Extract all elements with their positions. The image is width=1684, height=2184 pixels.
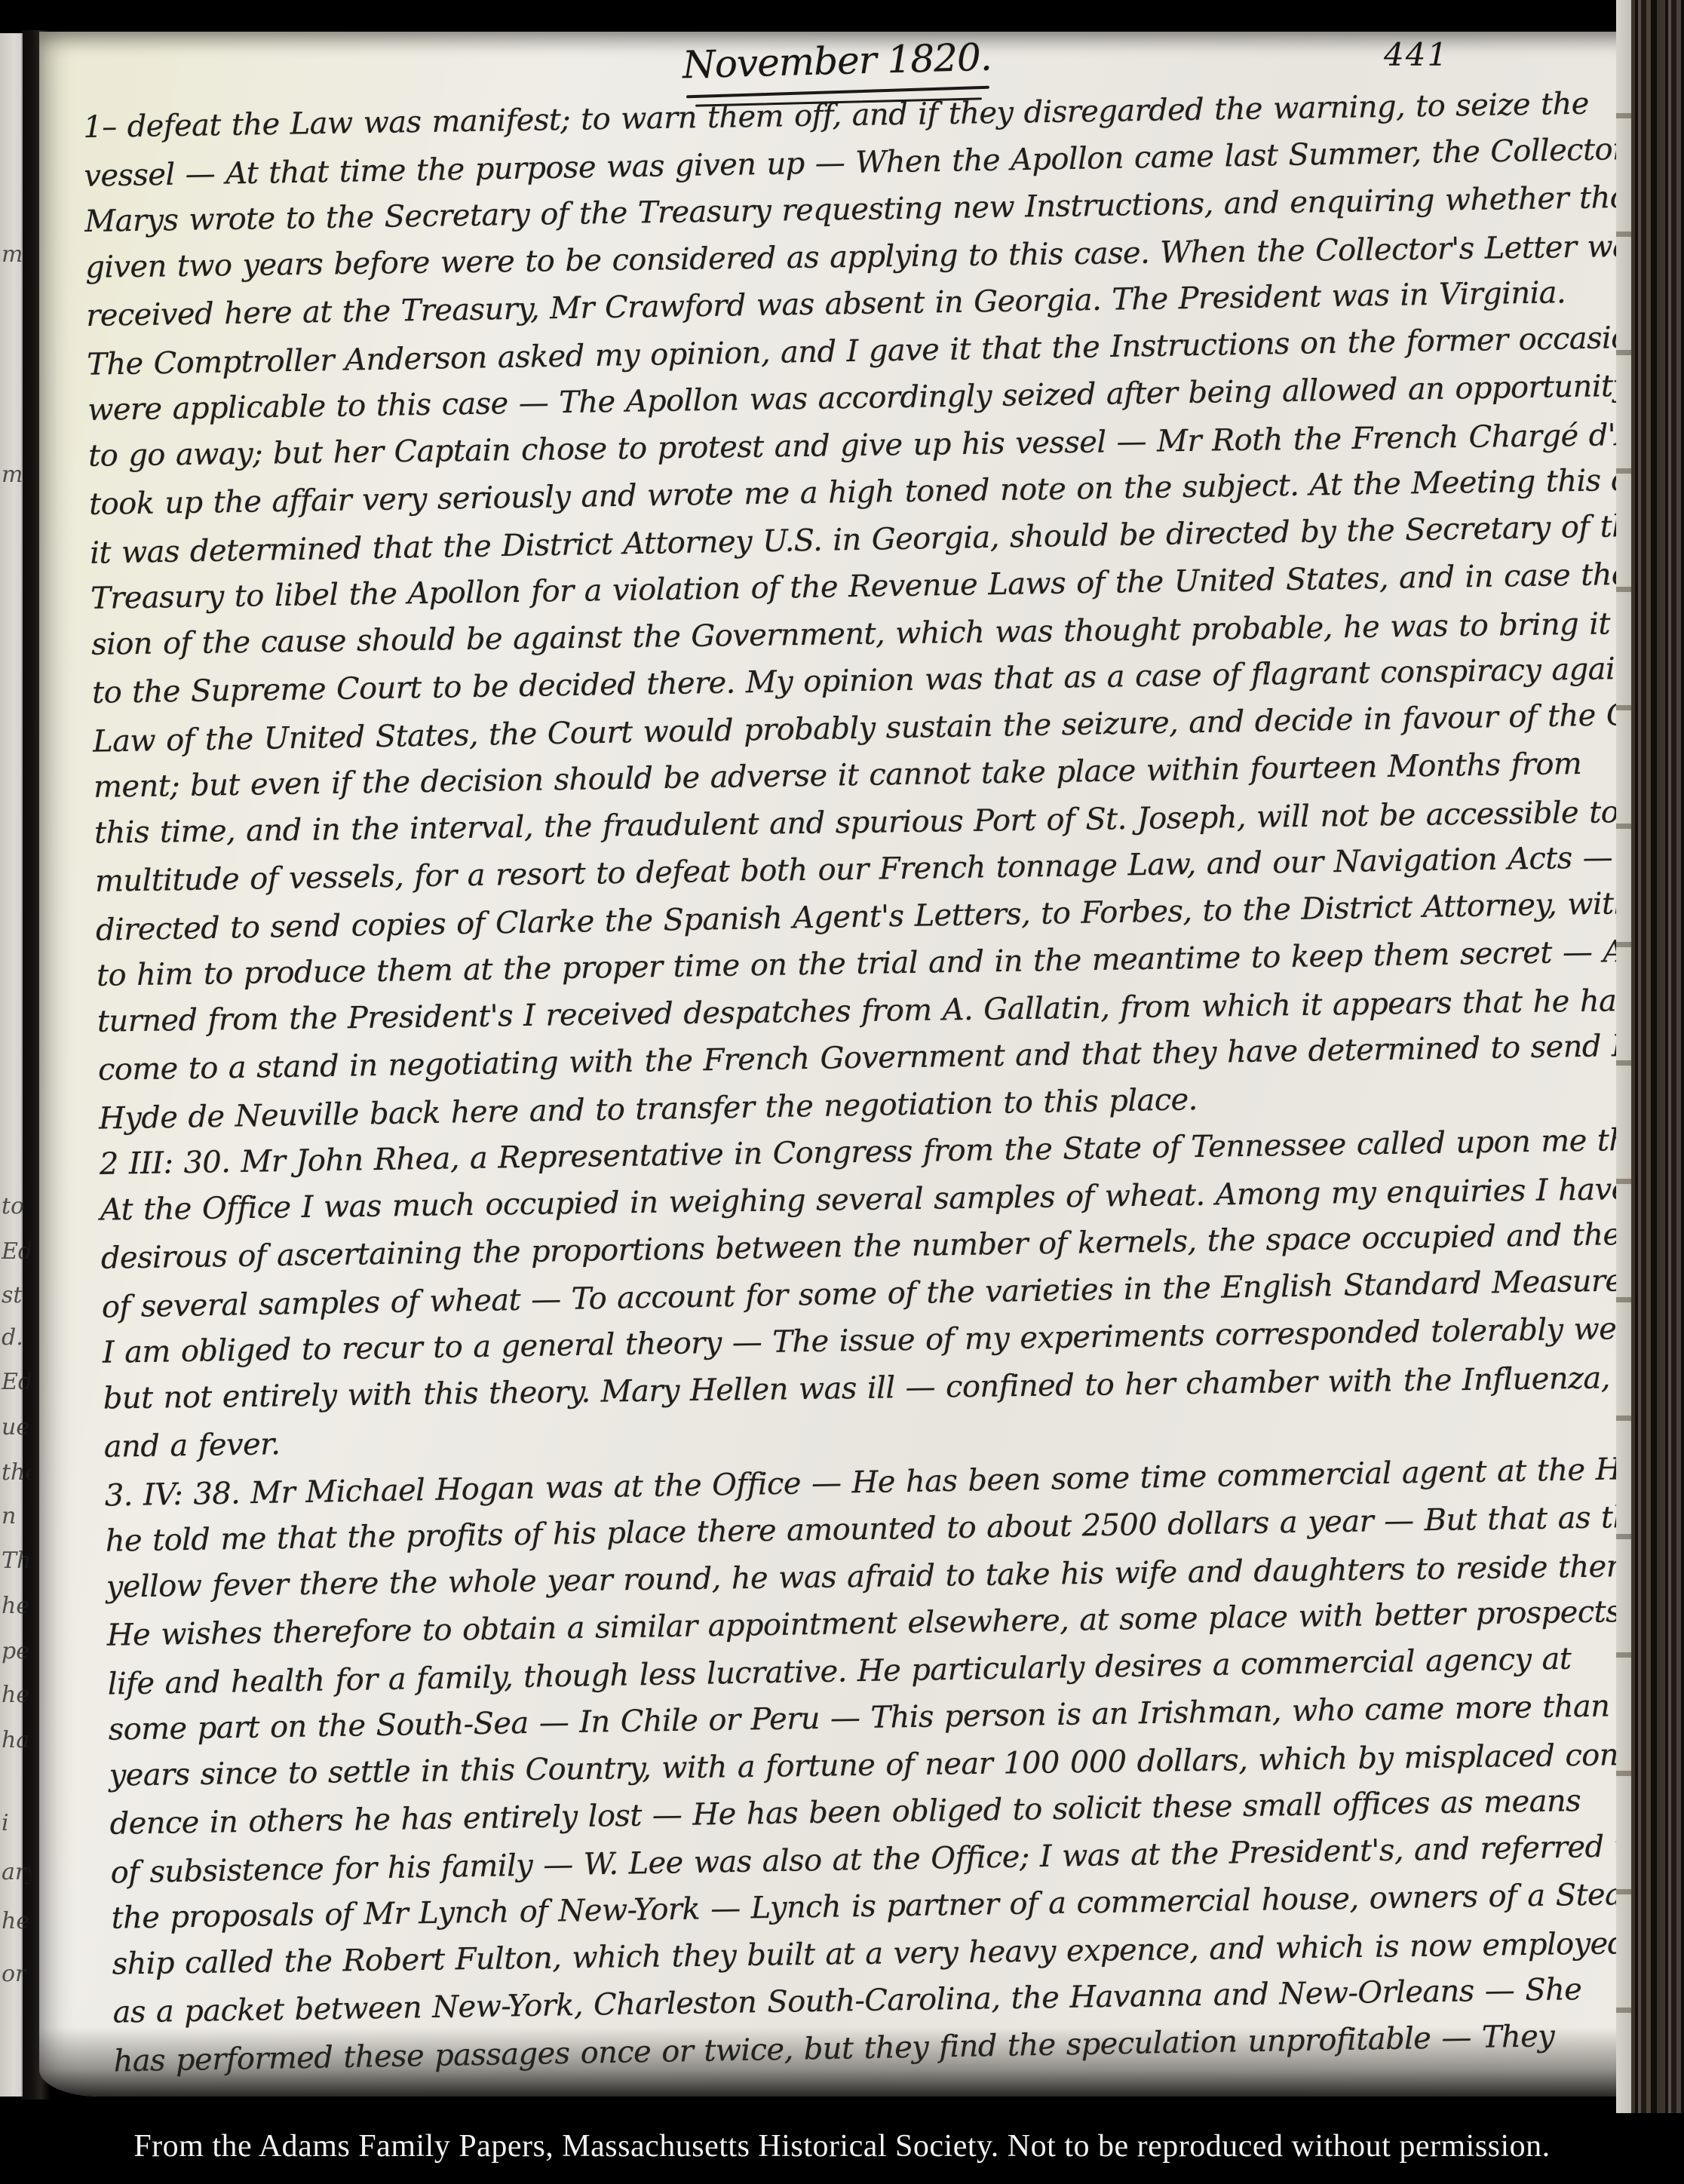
facing-page-sliver xyxy=(0,33,23,2097)
scanned-diary-page: mmtoEdstd.EduethenThehepehehaniarysheor … xyxy=(0,0,1684,2184)
diary-text: 1– defeat the Law was manifest; to warn … xyxy=(83,86,1632,2090)
page-number: 441 xyxy=(1384,36,1449,73)
archive-caption: From the Adams Family Papers, Massachuse… xyxy=(0,2128,1684,2164)
margin-fragment: n xyxy=(2,1503,16,1529)
margin-fragment: i xyxy=(2,1810,9,1836)
margin-fragment: m xyxy=(2,241,23,268)
margin-fragment: d. xyxy=(2,1324,23,1351)
header-month-year: November 1820. xyxy=(682,35,992,87)
page-stack-edge xyxy=(1616,0,1631,2113)
book-fore-edge xyxy=(1631,0,1684,2113)
page-bottom-shadow xyxy=(39,2027,1632,2097)
margin-fragment: st xyxy=(2,1282,22,1308)
diary-page: November 1820. 441 1– defeat the Law was… xyxy=(39,32,1632,2097)
margin-fragment: m xyxy=(2,462,23,488)
